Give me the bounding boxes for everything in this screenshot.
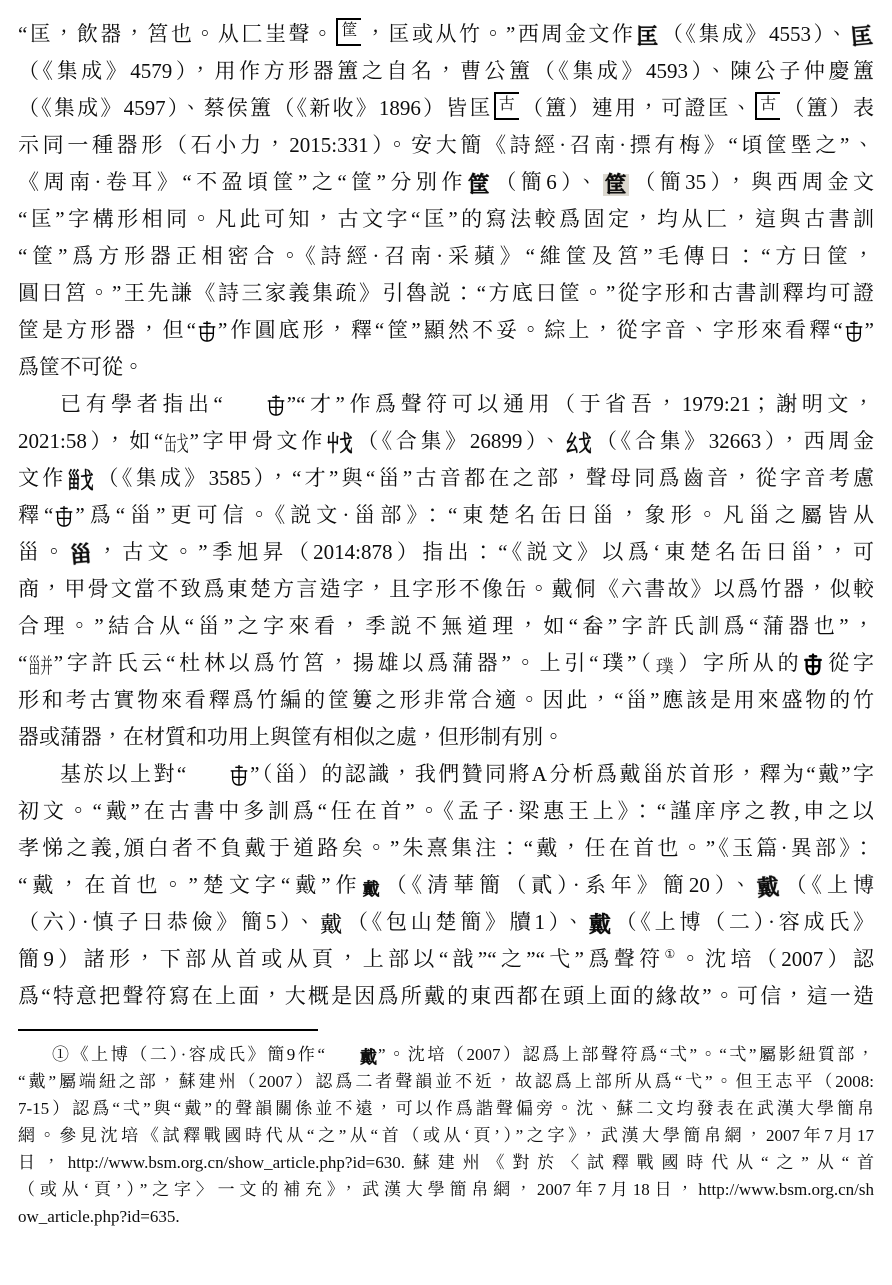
para-dai-reading: 基於以上對“”（甾）的認識，我們贊同將A分析爲戴甾於首形，釋为“戴”字初文。“戴… <box>18 756 874 1015</box>
text-run: 日，http://www.bsm.org.cn/show_article.php… <box>18 1153 874 1172</box>
text-run: 商，甲骨文當不致爲東楚方言造字，且字形不像缶。戴侗《六書故》以爲竹器，似較 <box>18 577 874 601</box>
glyph-jinwen-kuang-2: 匡 <box>850 25 874 49</box>
text-line: 甾。甾，古文。”季旭昇（2014:878）指出：“《説文》以爲‘東楚名缶曰甾’，… <box>18 534 874 571</box>
text-run: ，古文。”季旭昇（2014:878）指出：“《説文》以爲‘東楚名缶曰甾’，可 <box>93 540 874 564</box>
glyph-chu-dai-2: 戴 <box>756 876 780 900</box>
text-run: 。沈培（2007）認 <box>680 947 874 971</box>
text-run: ” <box>865 318 874 342</box>
text-line: 孝悌之義,頒白者不負戴于道路矣。”朱熹集注：“戴，任在首也。”《玉篇·異部》： <box>18 830 874 867</box>
text-line: 爲“特意把聲符寫在上面，大概是因爲所戴的東西都在頭上面的緣故”。可信，這一造 <box>18 978 874 1015</box>
text-run: 合理。”結合从“甾”之字來看，季説不無道理，如“畚”字許氏訓爲“蒲器也”， <box>18 614 874 638</box>
text-line: 網。參見沈培《試釋戰國時代从“之”从“首（或从‘頁’）”之字》，武漢大學簡帛網，… <box>18 1122 874 1149</box>
text-run: 網。參見沈培《試釋戰國時代从“之”从“首（或从‘頁’）”之字》，武漢大學簡帛網，… <box>18 1126 874 1145</box>
glyph-chu-dai-1: 戴 <box>363 881 380 898</box>
text-line: 筐是方形器，但“”作圓底形，釋“筐”顯然不妥。綜上，從字音、字形來看釋“” <box>18 312 874 349</box>
text-run: “ <box>18 651 27 675</box>
text-run: （簡6）、 <box>491 170 602 194</box>
glyph-fou-ge: 缶戈 <box>164 434 188 455</box>
text-line: “戴，在首也。”楚文字“戴”作戴（《清華簡（貳）·系年》簡20）、戴（《上博 <box>18 867 874 904</box>
text-run: 甾。 <box>18 540 69 564</box>
text-run: 7-15）認爲“弌”與“戴”的聲韻關係並不遠，可以作爲諧聲偏旁。沈、蘇二文均發表… <box>18 1099 874 1118</box>
text-line: “匡”字構形相同。凡此可知，古文字“匡”的寫法較爲固定，均从匚，這與古書訓 <box>18 201 874 238</box>
text-line: （或从‘頁’）”之字〉一文的補充》，武漢大學簡帛網，2007年7月18日，htt… <box>18 1176 874 1203</box>
text-line: “筐”爲方形器正相密合。《詩經·召南·采蘋》“維筐及筥”毛傳曰：“方曰筐， <box>18 238 874 275</box>
glyph-jiagu-zai-2: 幺戈 <box>566 433 592 455</box>
glyph-u-glyph <box>197 319 217 344</box>
text-run: （《集成》3585），“才”與“甾”古音都在之部，聲母同爲齒音，從字音考慮 <box>94 466 874 490</box>
text-line: 示同一種器形（石小力，2015:331）。安大簡《詩經·召南·摽有梅》“頃筐塈之… <box>18 127 874 164</box>
text-line: 《周南·卷耳》“不盈頃筐”之“筐”分別作筐（簡6）、筐（簡35），與西周金文 <box>18 164 874 201</box>
text-line: 已有學者指出“”“才”作爲聲符可以通用（于省吾，1979:21；謝明文， <box>18 386 874 423</box>
text-run: ”。沈培（2007）認爲上部聲符爲“弌”。“弌”屬影紐質部， <box>378 1045 874 1064</box>
text-run: “戴”屬端紐之部，蘇建州（2007）認爲二者聲韻並不近，故認爲上部所从爲“弋”。… <box>18 1072 874 1091</box>
text-run: （《上博（二）·容成氏》 <box>612 910 874 934</box>
text-run: 示同一種器形（石小力，2015:331）。安大簡《詩經·召南·摽有梅》“頃筐塈之… <box>18 133 874 157</box>
text-run: 2021:58），如“ <box>18 429 163 453</box>
text-run: 已有學者指出“ <box>60 392 223 416</box>
text-run: （簠）表 <box>781 96 874 120</box>
text-run: 釋“ <box>18 503 53 527</box>
text-run: 《周南·卷耳》“不盈頃筐”之“筐”分別作 <box>18 170 467 194</box>
glyph-zai-bing: 甾并 <box>28 656 52 677</box>
text-line: 合理。”結合从“甾”之字來看，季説不無道理，如“畚”字許氏訓爲“蒲器也”， <box>18 608 874 645</box>
text-line: （《集成》4579），用作方形器簠之自名，曹公簠（《集成》4593）、陳公子仲慶… <box>18 53 874 90</box>
text-line: ①《上博（二）·容成氏》簡9作“戴”。沈培（2007）認爲上部聲符爲“弌”。“弌… <box>18 1041 874 1068</box>
glyph-pu-seal: 璞 <box>656 658 674 676</box>
footnote-1: ①《上博（二）·容成氏》簡9作“戴”。沈培（2007）認爲上部聲符爲“弌”。“弌… <box>18 1041 874 1230</box>
text-run: ①《上博（二）·容成氏》簡9作“ <box>52 1045 325 1064</box>
text-run: 形和考古實物來看釋爲竹編的筐簍之形非常合適。因此，“甾”應該是用來盛物的竹 <box>18 688 874 712</box>
glyph-chu-dai-4: 戴 <box>589 914 611 936</box>
glyph-fu-box-gu: 古 <box>494 92 519 120</box>
text-run: （《合集》32663），西周金 <box>592 429 874 453</box>
text-run: （《合集》26899）、 <box>353 429 564 453</box>
glyph-chujian-kuang-2: 筐 <box>603 174 629 196</box>
text-line: “戴”屬端紐之部，蘇建州（2007）認爲二者聲韻並不近，故認爲上部所从爲“弋”。… <box>18 1068 874 1095</box>
text-line: 釋“”爲“甾”更可信。《説文·甾部》：“東楚名缶曰甾，象形。凡甾之屬皆从 <box>18 497 874 534</box>
text-line: “甾并”字許氏云“杜林以爲竹筥，揚雄以爲蒲器”。上引“璞”（璞）字所从的從字 <box>18 645 874 682</box>
text-run: ow_article.php?id=635. <box>18 1207 180 1226</box>
glyph-u-glyph <box>54 504 74 529</box>
text-run: ”字甲骨文作 <box>190 429 326 453</box>
text-line: 商，甲骨文當不致爲東楚方言造字，且字形不像缶。戴侗《六書故》以爲竹器，似較 <box>18 571 874 608</box>
text-run: 器或蒲器，在材質和功用上與筐有相似之處，但形制有別。 <box>18 725 564 749</box>
footnotes-section: ①《上博（二）·容成氏》簡9作“戴”。沈培（2007）認爲上部聲符爲“弌”。“弌… <box>18 1029 874 1230</box>
glyph-dai-footnote: 戴 <box>326 1049 377 1066</box>
text-run: 筐是方形器，但“ <box>18 318 196 342</box>
text-run: “筐”爲方形器正相密合。《詩經·召南·采蘋》“維筐及筥”毛傳曰：“方曰筐， <box>18 244 874 268</box>
text-run: （《集成》4579），用作方形器簠之自名，曹公簠（《集成》4593）、陳公子仲慶… <box>18 59 874 83</box>
text-line: ow_article.php?id=635. <box>18 1203 874 1230</box>
text-run: （《上博 <box>780 873 874 897</box>
text-line: 器或蒲器，在材質和功用上與筐有相似之處，但形制有別。 <box>18 719 874 756</box>
text-line: （《集成》4597）、蔡侯簠（《新收》1896）皆匡古（簠）連用，可證匡、古（簠… <box>18 90 874 127</box>
text-run: 初文。“戴”在古書中多訓爲“任在首”。《孟子·梁惠王上》：“謹庠序之教,申之以 <box>18 799 874 823</box>
text-line: 爲筐不可從。 <box>18 349 874 386</box>
text-line: 形和考古實物來看釋爲竹編的筐簍之形非常合適。因此，“甾”應該是用來盛物的竹 <box>18 682 874 719</box>
text-line: 文作甾戈（《集成》3585），“才”與“甾”古音都在之部，聲母同爲齒音，從字音考… <box>18 460 874 497</box>
text-run: 從字 <box>824 651 874 675</box>
text-line: 簡9）諸形，下部从首或从頁，上部以“戠”“之”“弋”爲聲符①。沈培（2007）認 <box>18 941 874 978</box>
text-run: ”（甾）的認識，我們贊同將A分析爲戴甾於首形，釋为“戴”字 <box>250 762 874 786</box>
text-line: （六）·慎子曰恭儉》簡5）、戴（《包山楚簡》牘1）、戴（《上博（二）·容成氏》 <box>18 904 874 941</box>
text-run: ”爲“甾”更可信。《説文·甾部》：“東楚名缶曰甾，象形。凡甾之屬皆从 <box>75 503 874 527</box>
text-run: 簡9）諸形，下部从首或从頁，上部以“戠”“之”“弋”爲聲符 <box>18 947 664 971</box>
footnote-separator <box>18 1029 318 1031</box>
glyph-jiagu-zai-1: 屮戈 <box>327 433 353 455</box>
text-line: 圓曰筥。”王先謙《詩三家義集疏》引魯説：“方底曰筐。”從字形和古書訓釋均可證 <box>18 275 874 312</box>
text-line: 2021:58），如“缶戈”字甲骨文作屮戈（《合集》26899）、幺戈（《合集》… <box>18 423 874 460</box>
glyph-u-glyph <box>224 393 286 418</box>
paper-page: “匡，飲器，筥也。从匚㞷聲。筐，匡或从竹。”西周金文作匡（《集成》4553）、匡… <box>0 0 892 1230</box>
glyph-chu-dai-3: 戴 <box>320 914 342 936</box>
glyph-u-glyph <box>844 319 864 344</box>
text-run: 文作 <box>18 466 67 490</box>
text-run: “戴，在首也。”楚文字“戴”作 <box>18 873 362 897</box>
text-line: 日，http://www.bsm.org.cn/show_article.php… <box>18 1149 874 1176</box>
glyph-jinwen-kuang-1: 匡 <box>636 26 658 48</box>
text-run: （簡35），與西周金文 <box>630 170 874 194</box>
text-run: ）字所从的 <box>675 651 803 675</box>
glyph-chujian-kuang-1: 筐 <box>468 174 490 196</box>
text-line: 基於以上對“”（甾）的認識，我們贊同將A分析爲戴甾於首形，釋为“戴”字 <box>18 756 874 793</box>
text-run: “匡，飲器，筥也。从匚㞷聲。 <box>18 22 335 46</box>
footnote-ref-marker: ① <box>664 947 679 961</box>
text-line: “匡，飲器，筥也。从匚㞷聲。筐，匡或从竹。”西周金文作匡（《集成》4553）、匡 <box>18 16 874 53</box>
text-run: ”“才”作爲聲符可以通用（于省吾，1979:21；謝明文， <box>287 392 874 416</box>
text-run: “匡”字構形相同。凡此可知，古文字“匡”的寫法較爲固定，均从匚，這與古書訓 <box>18 207 874 231</box>
glyph-u-glyph-bold <box>803 652 823 677</box>
glyph-fu-box-gu: 古 <box>755 92 780 120</box>
glyph-jinwen-zai: 甾戈 <box>68 470 94 492</box>
text-line: 7-15）認爲“弌”與“戴”的聲韻關係並不遠，可以作爲諧聲偏旁。沈、蘇二文均發表… <box>18 1095 874 1122</box>
text-run: 圓曰筥。”王先謙《詩三家義集疏》引魯説：“方底曰筐。”從字形和古書訓釋均可證 <box>18 281 874 305</box>
glyph-shuowen-kuang: 筐 <box>336 18 361 46</box>
article-body: “匡，飲器，筥也。从匚㞷聲。筐，匡或从竹。”西周金文作匡（《集成》4553）、匡… <box>18 16 874 1015</box>
text-run: （《集成》4553）、 <box>659 22 850 46</box>
text-run: 孝悌之義,頒白者不負戴于道路矣。”朱熹集注：“戴，任在首也。”《玉篇·異部》： <box>18 836 874 860</box>
text-run: 爲筐不可從。 <box>18 355 144 379</box>
text-run: （《清華簡（貳）·系年》簡20）、 <box>381 873 757 897</box>
text-run: （簠）連用，可證匡、 <box>520 96 754 120</box>
text-run: （《集成》4597）、蔡侯簠（《新收》1896）皆匡 <box>18 96 493 120</box>
text-run: ”作圓底形，釋“筐”顯然不妥。綜上，從字音、字形來看釋“ <box>218 318 843 342</box>
glyph-u-glyph <box>187 763 249 788</box>
text-line: 初文。“戴”在古書中多訓爲“任在首”。《孟子·梁惠王上》：“謹庠序之教,申之以 <box>18 793 874 830</box>
text-run: （六）·慎子曰恭儉》簡5）、 <box>18 910 319 934</box>
text-run: ”字許氏云“杜林以爲竹筥，揚雄以爲蒲器”。上引“璞”（ <box>54 651 655 675</box>
para-zai-discussion: 已有學者指出“”“才”作爲聲符可以通用（于省吾，1979:21；謝明文，2021… <box>18 386 874 756</box>
glyph-guwen-zai: 甾 <box>69 543 93 567</box>
text-run: 基於以上對“ <box>60 762 186 786</box>
text-run: （或从‘頁’）”之字〉一文的補充》，武漢大學簡帛網，2007年7月18日，htt… <box>18 1180 874 1199</box>
text-run: ，匡或从竹。”西周金文作 <box>362 22 635 46</box>
text-run: （《包山楚簡》牘1）、 <box>343 910 588 934</box>
text-run: 爲“特意把聲符寫在上面，大概是因爲所戴的東西都在頭上面的緣故”。可信，這一造 <box>18 984 874 1008</box>
para-kuang-analysis: “匡，飲器，筥也。从匚㞷聲。筐，匡或从竹。”西周金文作匡（《集成》4553）、匡… <box>18 16 874 386</box>
